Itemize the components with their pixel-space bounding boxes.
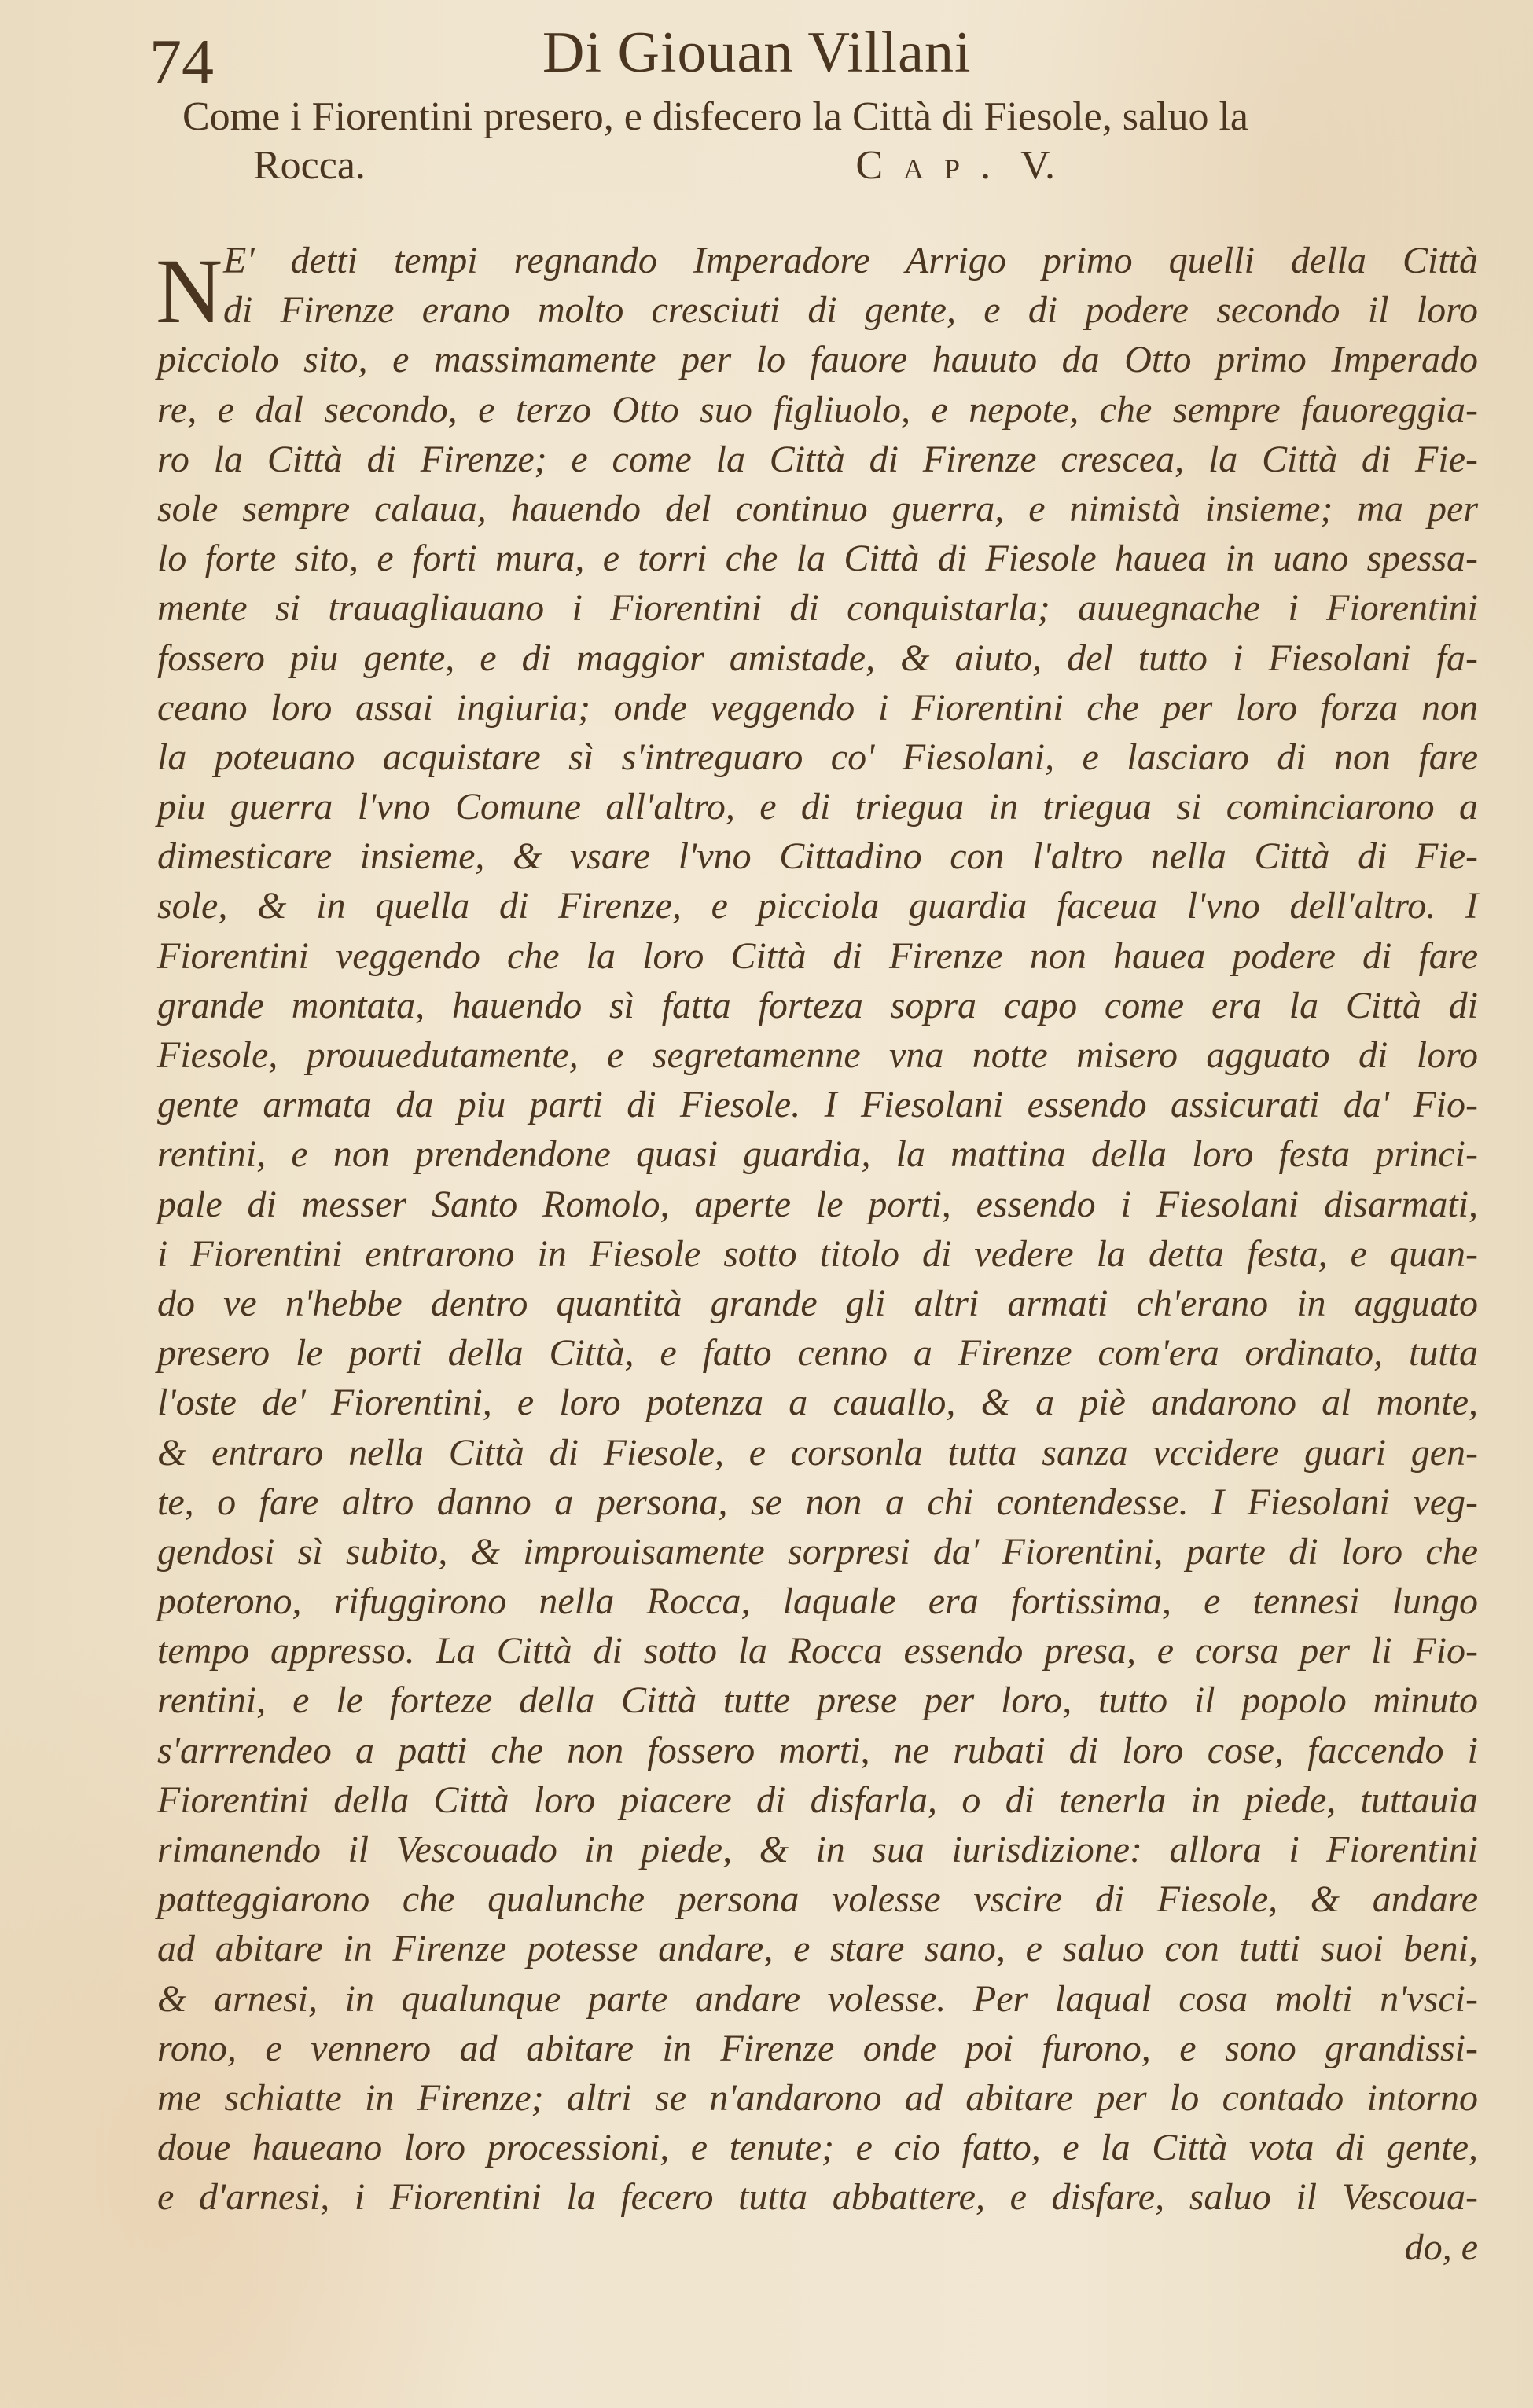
body-line: Fiesole, prouuedutamente, e segretamenne…: [157, 1030, 1478, 1080]
body-line: tempo appresso. La Città di sotto la Roc…: [157, 1626, 1478, 1676]
body-line: l'oste de' Fiorentini, e loro potenza a …: [157, 1378, 1478, 1427]
body-line: grande montata, hauendo sì fatta forteza…: [157, 981, 1478, 1030]
chapter-title-line-2: Rocca. Cap. V.: [253, 141, 1055, 190]
body-line: e d'arnesi, i Fiorentini la fecero tutta…: [157, 2172, 1478, 2222]
body-line: poterono, rifuggirono nella Rocca, laqua…: [157, 1577, 1478, 1626]
running-head: Di Giouan Villani: [542, 24, 972, 82]
body-line: mente si trauagliauano i Fiorentini di c…: [157, 583, 1478, 633]
body-line: ro la Città di Firenze; e come la Città …: [157, 435, 1478, 484]
body-line: lo forte sito, e forti mura, e torri che…: [157, 534, 1478, 583]
body-line: re, e dal secondo, e terzo Otto suo figl…: [157, 385, 1478, 435]
body-line: fossero piu gente, e di maggior amistade…: [157, 633, 1478, 683]
body-line: piu guerra l'vno Comune all'altro, e di …: [157, 782, 1478, 831]
body-line: me schiatte in Firenze; altri se n'andar…: [157, 2073, 1478, 2123]
body-line: rono, e vennero ad abitare in Firenze on…: [157, 2024, 1478, 2073]
body-line: te, o fare altro danno a persona, se non…: [157, 1477, 1478, 1527]
body-line: ad abitare in Firenze potesse andare, e …: [157, 1924, 1478, 1973]
chapter-title-line-1: Come i Fiorentini presero, e disfecero l…: [182, 93, 1472, 141]
body-line: sole, & in quella di Firenze, e picciola…: [157, 881, 1478, 931]
body-line: ceano loro assai ingiuria; onde veggendo…: [157, 683, 1478, 732]
body-text: E' detti tempi regnando Imperadore Arrig…: [157, 236, 1478, 2272]
body-line: pale di messer Santo Romolo, aperte le p…: [157, 1180, 1478, 1229]
body-line: sole sempre calaua, hauendo del continuo…: [157, 484, 1478, 534]
chapter-title: Come i Fiorentini presero, e disfecero l…: [182, 93, 1472, 190]
chapter-title-rocca: Rocca.: [253, 141, 366, 190]
body-line: rimanendo il Vescouado in piede, & in su…: [157, 1825, 1478, 1874]
body-line: do ve n'hebbe dentro quantità grande gli…: [157, 1279, 1478, 1328]
body-line: & arnesi, in qualunque parte andare vole…: [157, 1974, 1478, 2024]
body-line: gendosi sì subito, & improuisamente sorp…: [157, 1527, 1478, 1577]
body-line: E' detti tempi regnando Imperadore Arrig…: [157, 236, 1478, 285]
body-line: doue haueano loro processioni, e tenute;…: [157, 2123, 1478, 2172]
catchword-line: do, e: [157, 2223, 1478, 2272]
body-line: rentini, e le forteze della Città tutte …: [157, 1676, 1478, 1725]
body-line: di Firenze erano molto cresciuti di gent…: [157, 285, 1478, 335]
body-line: Fiorentini della Città loro piacere di d…: [157, 1775, 1478, 1825]
book-page: 74 Di Giouan Villani Come i Fiorentini p…: [0, 0, 1533, 2408]
chapter-cap-number: V.: [1020, 143, 1055, 188]
body-line: Fiorentini veggendo che la loro Città di…: [157, 931, 1478, 981]
body-line: i Fiorentini entrarono in Fiesole sotto …: [157, 1229, 1478, 1279]
body-line: presero le porti della Città, e fatto ce…: [157, 1328, 1478, 1378]
page-number: 74: [149, 30, 214, 94]
body-line: la poteuano acquistare sì s'intreguaro c…: [157, 732, 1478, 782]
chapter-cap-group: Cap. V.: [855, 141, 1055, 190]
chapter-cap-label: Cap.: [855, 143, 1011, 188]
body-line: & entraro nella Città di Fiesole, e cors…: [157, 1428, 1478, 1477]
body-line: gente armata da piu parti di Fiesole. I …: [157, 1080, 1478, 1129]
body-line: s'arrrendeo a patti che non fossero mort…: [157, 1726, 1478, 1775]
body-line: picciolo sito, e massimamente per lo fau…: [157, 335, 1478, 384]
body-line: rentini, e non prendendone quasi guardia…: [157, 1129, 1478, 1179]
body-line: dimesticare insieme, & vsare l'vno Citta…: [157, 831, 1478, 881]
body-line: patteggiarono che qualunche persona vole…: [157, 1874, 1478, 1924]
